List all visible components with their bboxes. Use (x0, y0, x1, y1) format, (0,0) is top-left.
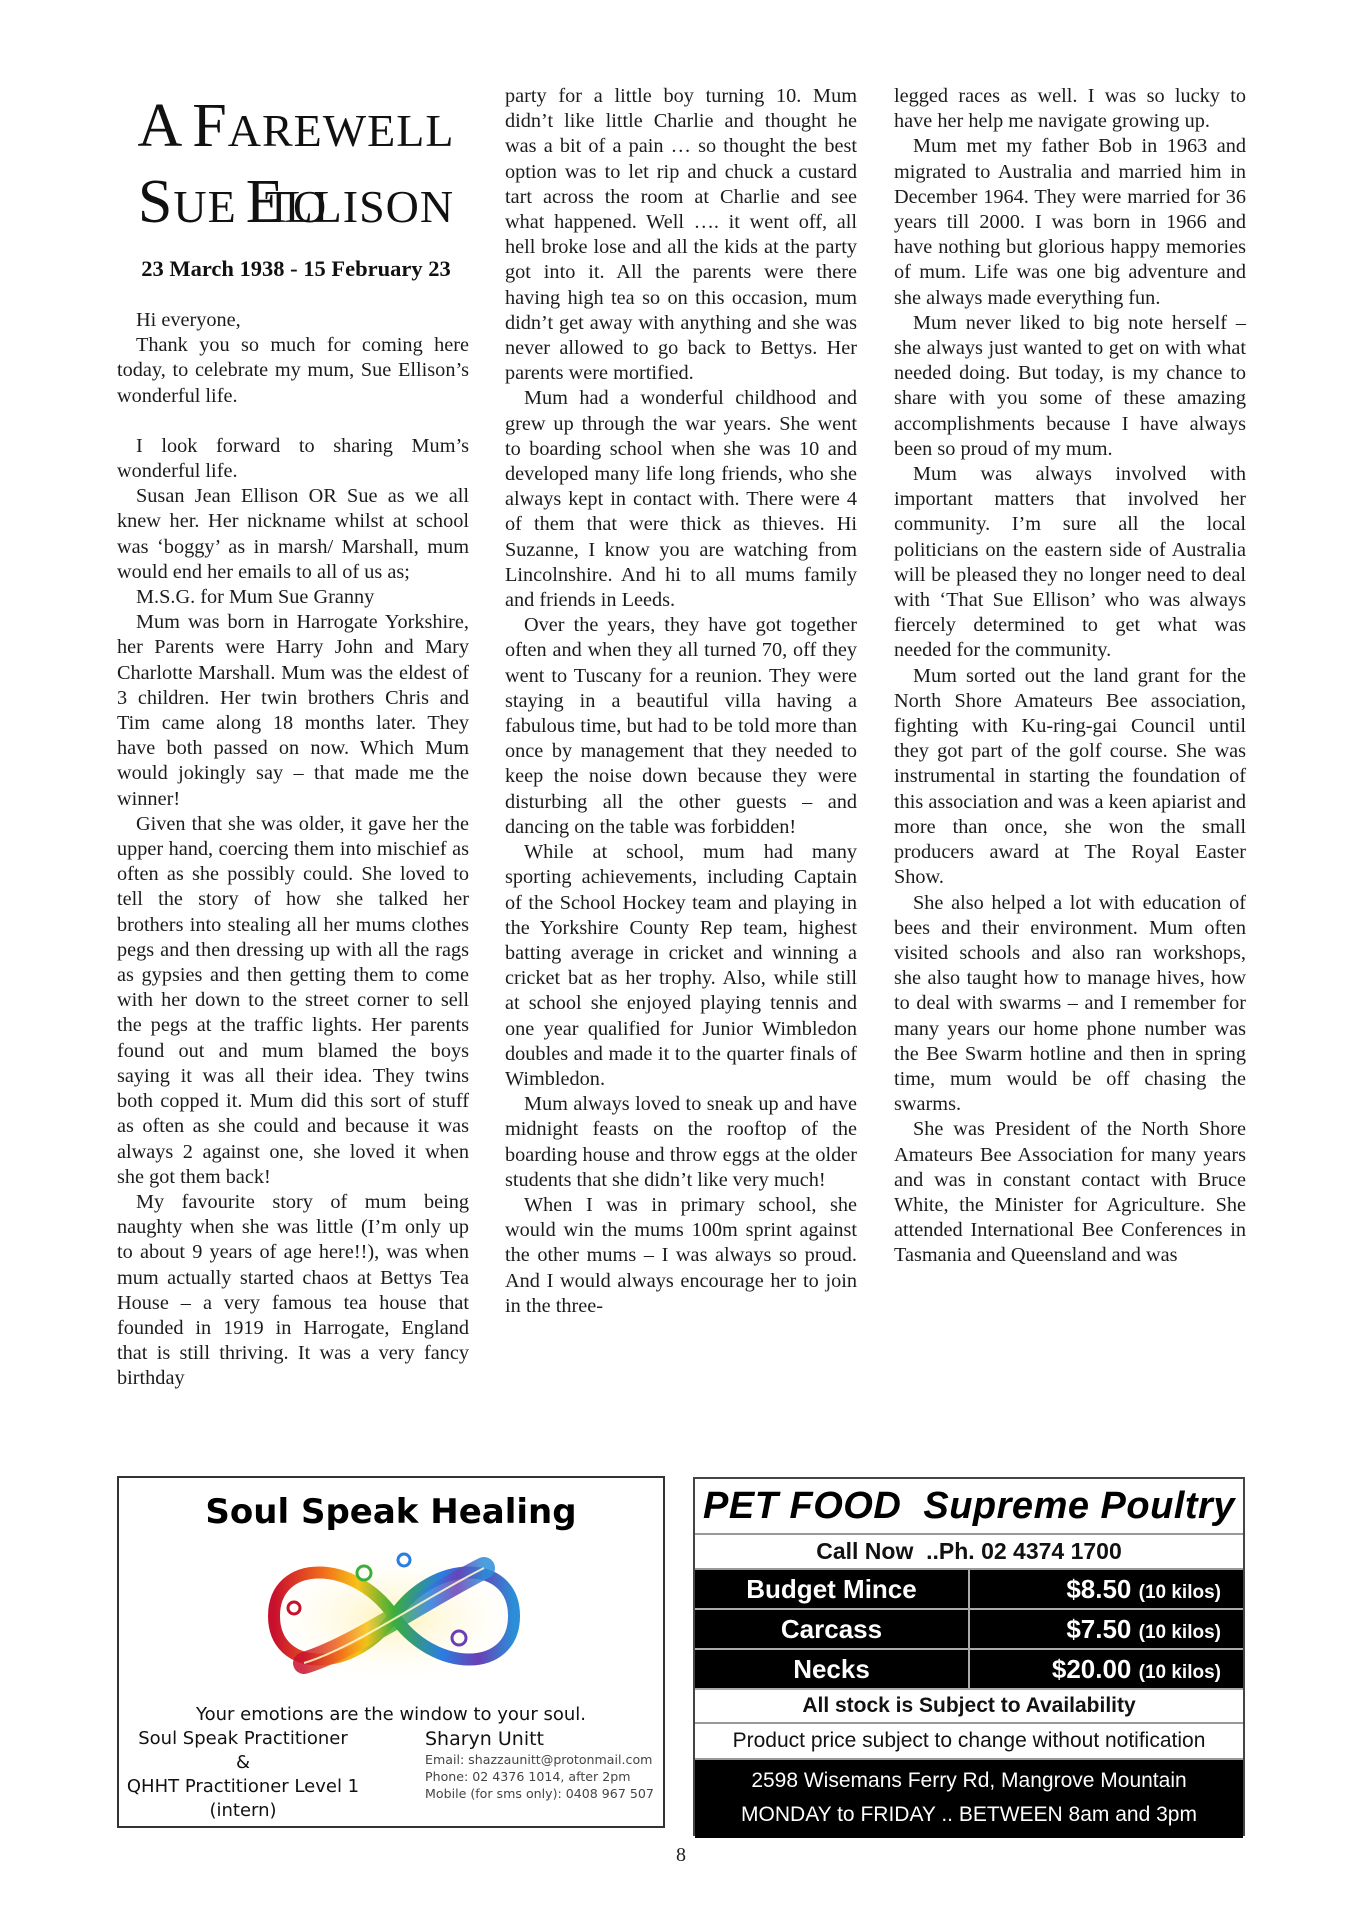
contact-phone[interactable]: Phone: 02 4376 1014, after 2pm (425, 1768, 665, 1785)
role-soul-speak: Soul Speak Practitioner (123, 1727, 363, 1751)
price-change-notice: Product price subject to change without … (695, 1724, 1243, 1760)
availability-note: All stock is Subject to Availability (695, 1690, 1243, 1724)
article-column-2: party for a little boy turning 10. Mum d… (505, 84, 857, 1319)
store-address: 2598 Wisemans Ferry Rd, Mangrove Mountai… (695, 1764, 1243, 1798)
product-name: Budget Mince (695, 1570, 970, 1608)
paragraph: Mum had a wonderful childhood and grew u… (505, 386, 857, 613)
contact-mobile[interactable]: Mobile (for sms only): 0408 967 507 (425, 1785, 665, 1802)
price-unit: (10 kilos) (1139, 1622, 1221, 1643)
title-word-arewell: AREWELL (228, 105, 455, 156)
soul-speak-healing-ad: Soul Speak Healing (117, 1476, 665, 1828)
paragraph: Hi everyone, (117, 308, 469, 333)
newsletter-page: A FAREWELL TO SUE ELLISON 23 March 1938 … (0, 0, 1358, 1920)
product-price: $20.00 (10 kilos) (970, 1654, 1243, 1685)
article-dates: 23 March 1938 - 15 February 23 (110, 256, 482, 282)
ad-call-now[interactable]: Call Now ..Ph. 02 4374 1700 (695, 1535, 1243, 1570)
practitioner-roles: Soul Speak Practitioner & QHHT Practitio… (123, 1727, 363, 1823)
paragraph: Susan Jean Ellison OR Sue as we all knew… (117, 484, 469, 585)
paragraph: M.S.G. for Mum Sue Granny (117, 585, 469, 610)
article-column-3: legged races as well. I was so lucky to … (894, 84, 1246, 1269)
paragraph: I look forward to sharing Mum’s wonderfu… (117, 434, 469, 484)
title-initial-s: S (138, 168, 173, 236)
product-price: $8.50 (10 kilos) (970, 1574, 1243, 1605)
paragraph: legged races as well. I was so lucky to … (894, 84, 1246, 134)
price-row-carcass: Carcass $7.50 (10 kilos) (695, 1610, 1243, 1650)
paragraph: Mum never liked to big note herself – sh… (894, 311, 1246, 462)
title-word-ue: UE (173, 181, 236, 232)
paragraph: Given that she was older, it gave her th… (117, 812, 469, 1190)
price-value: $7.50 (1066, 1614, 1131, 1644)
paragraph: Mum always loved to sneak up and have mi… (505, 1092, 857, 1193)
practitioner-name: Sharyn Unitt (425, 1727, 665, 1751)
title-initial-e: E (246, 168, 285, 236)
price-row-necks: Necks $20.00 (10 kilos) (695, 1650, 1243, 1690)
article-column-1: Hi everyone, Thank you so much for comin… (117, 308, 469, 1392)
price-row-budget-mince: Budget Mince $8.50 (10 kilos) (695, 1570, 1243, 1610)
paragraph: Mum was always involved with important m… (894, 462, 1246, 664)
rainbow-feather-infinity-icon (244, 1538, 544, 1688)
pet-food-ad: PET FOOD Supreme Poultry Call Now ..Ph. … (693, 1477, 1245, 1836)
ad-tagline: Your emotions are the window to your sou… (119, 1704, 663, 1725)
paragraph: Mum sorted out the land grant for the No… (894, 664, 1246, 891)
paragraph: My favourite story of mum being naughty … (117, 1190, 469, 1392)
ad-heading: Soul Speak Healing (119, 1492, 663, 1532)
product-name: Necks (695, 1650, 970, 1688)
contact-email[interactable]: Email: shazzaunitt@protonmail.com (425, 1751, 665, 1768)
product-price: $7.50 (10 kilos) (970, 1614, 1243, 1645)
store-hours: MONDAY to FRIDAY .. BETWEEN 8am and 3pm (695, 1798, 1243, 1832)
practitioner-contact: Sharyn Unitt Email: shazzaunitt@protonma… (425, 1727, 665, 1802)
price-value: $20.00 (1052, 1654, 1132, 1684)
paragraph: Mum met my father Bob in 1963 and migrat… (894, 134, 1246, 310)
paragraph: When I was in primary school, she would … (505, 1193, 857, 1319)
article-title-line2: SUE ELLISON (110, 166, 482, 247)
price-unit: (10 kilos) (1139, 1582, 1221, 1603)
title-initial-f: F (192, 92, 227, 160)
ad-title: PET FOOD Supreme Poultry (695, 1479, 1243, 1535)
role-qhht-note: (intern) (123, 1799, 363, 1823)
paragraph: She was President of the North Shore Ama… (894, 1117, 1246, 1268)
address-and-hours: 2598 Wisemans Ferry Rd, Mangrove Mountai… (695, 1760, 1243, 1838)
page-number: 8 (669, 1844, 693, 1867)
title-initial-a: A (138, 92, 184, 160)
product-name: Carcass (695, 1610, 970, 1648)
title-word-llison: LLISON (285, 181, 455, 232)
paragraph: party for a little boy turning 10. Mum d… (505, 84, 857, 386)
ampersand: & (123, 1751, 363, 1775)
paragraph: While at school, mum had many sporting a… (505, 840, 857, 1092)
role-qhht: QHHT Practitioner Level 1 (123, 1775, 363, 1799)
paragraph: Thank you so much for coming here today,… (117, 333, 469, 409)
paragraph: Over the years, they have got together o… (505, 613, 857, 840)
paragraph: She also helped a lot with education of … (894, 891, 1246, 1118)
paragraph: Mum was born in Harrogate Yorkshire, her… (117, 610, 469, 812)
price-value: $8.50 (1066, 1574, 1131, 1604)
price-unit: (10 kilos) (1139, 1662, 1221, 1683)
